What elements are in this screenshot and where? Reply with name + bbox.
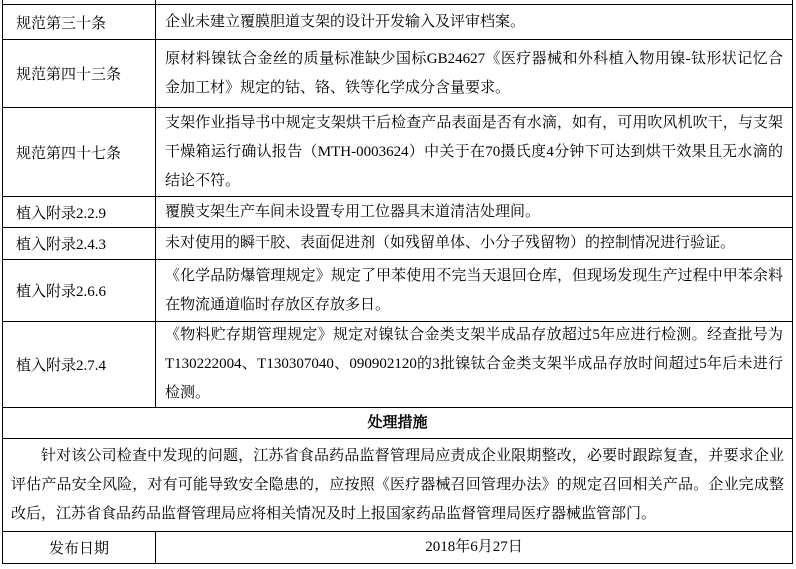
regulation-label: 植入附录2.7.4 [3,322,156,407]
release-date-value: 2018年6月27日 [425,533,523,562]
release-date-label-cell: 发布日期 [3,532,156,563]
violation-description: 《化学品防爆管理规定》规定了甲苯使用不完当天退回仓库，但现场发现生产过程中甲苯余… [156,260,792,321]
regulation-label: 规范第三十条 [3,5,156,39]
violation-description: 原材料镍钛合金丝的质量标准缺少国标GB24627《医疗器械和外科植入物用镍-钛形… [156,40,792,107]
violation-description: 支架作业指导书中规定支架烘干后检查产品表面是否有水滴，如有，可用吹风机吹干，与支… [156,108,792,196]
table-row: 规范第四十三条 原材料镍钛合金丝的质量标准缺少国标GB24627《医疗器械和外科… [3,40,792,108]
violation-description: 《物料贮存期管理规定》规定对镍钛合金类支架半成品存放超过5年应进行检测。经查批号… [156,322,792,407]
violation-description-text: 覆膜支架生产车间未设置专用工位器具末道清洁处理间。 [165,198,783,227]
regulation-label-text: 规范第四十三条 [16,63,121,84]
section-header-measures: 处理措施 [3,408,792,438]
table-row: 规范第三十条 企业未建立覆膜胆道支架的设计开发输入及评审档案。 [3,5,792,40]
section-header-text: 处理措施 [367,409,427,438]
violation-description-text: 《化学品防爆管理规定》规定了甲苯使用不完当天退回仓库，但现场发现生产过程中甲苯余… [165,262,783,320]
regulation-label-text: 植入附录2.6.6 [16,280,106,301]
regulation-label-text: 规范第四十七条 [16,142,121,163]
regulation-label-text: 植入附录2.2.9 [16,202,106,223]
table-row-section-header: 处理措施 [3,408,792,439]
table-row: 植入附录2.7.4 《物料贮存期管理规定》规定对镍钛合金类支架半成品存放超过5年… [3,322,792,408]
table-row: 植入附录2.6.6 《化学品防爆管理规定》规定了甲苯使用不完当天退回仓库，但现场… [3,260,792,322]
table-row: 植入附录2.4.3 未对使用的瞬干胶、表面促进剂（如残留单体、小分子残留物）的控… [3,228,792,260]
regulation-label: 规范第四十三条 [3,40,156,107]
violation-description-text: 未对使用的瞬干胶、表面促进剂（如残留单体、小分子残留物）的控制情况进行验证。 [165,229,783,258]
partial-content-cell [156,0,792,4]
measures-paragraph: 针对该公司检查中发现的问题，江苏省食品药品监督管理局应责成企业限期整改，必要时跟… [11,442,784,529]
violation-description-text: 支架作业指导书中规定支架烘干后检查产品表面是否有水滴，如有，可用吹风机吹干，与支… [165,109,783,196]
violation-description-text: 原材料镍钛合金丝的质量标准缺少国标GB24627《医疗器械和外科植入物用镍-钛形… [165,45,783,103]
regulation-label: 植入附录2.4.3 [3,228,156,259]
table-row-measures: 针对该公司检查中发现的问题，江苏省食品药品监督管理局应责成企业限期整改，必要时跟… [3,439,792,532]
release-date-value-cell: 2018年6月27日 [156,532,792,563]
regulation-label-text: 植入附录2.7.4 [16,354,106,375]
partial-label-cell [3,0,156,4]
violation-description-text: 《物料贮存期管理规定》规定对镍钛合金类支架半成品存放超过5年应进行检测。经查批号… [165,321,783,408]
violation-description-text: 企业未建立覆膜胆道支架的设计开发输入及评审档案。 [165,8,783,37]
violation-description: 未对使用的瞬干胶、表面促进剂（如残留单体、小分子残留物）的控制情况进行验证。 [156,228,792,259]
regulation-label: 植入附录2.2.9 [3,197,156,227]
table-row: 植入附录2.2.9 覆膜支架生产车间未设置专用工位器具末道清洁处理间。 [3,197,792,228]
violation-description: 企业未建立覆膜胆道支架的设计开发输入及评审档案。 [156,5,792,39]
measures-cell: 针对该公司检查中发现的问题，江苏省食品药品监督管理局应责成企业限期整改，必要时跟… [3,439,792,531]
inspection-table: 规范第三十条 企业未建立覆膜胆道支架的设计开发输入及评审档案。 规范第四十三条 … [2,0,793,564]
regulation-label-text: 规范第三十条 [16,12,106,33]
release-date-label: 发布日期 [49,537,109,558]
regulation-label: 植入附录2.6.6 [3,260,156,321]
regulation-label: 规范第四十七条 [3,108,156,196]
regulation-label-text: 植入附录2.4.3 [16,233,106,254]
violation-description: 覆膜支架生产车间未设置专用工位器具末道清洁处理间。 [156,197,792,227]
table-row-release-date: 发布日期 2018年6月27日 [3,532,792,563]
table-row: 规范第四十七条 支架作业指导书中规定支架烘干后检查产品表面是否有水滴，如有，可用… [3,108,792,197]
